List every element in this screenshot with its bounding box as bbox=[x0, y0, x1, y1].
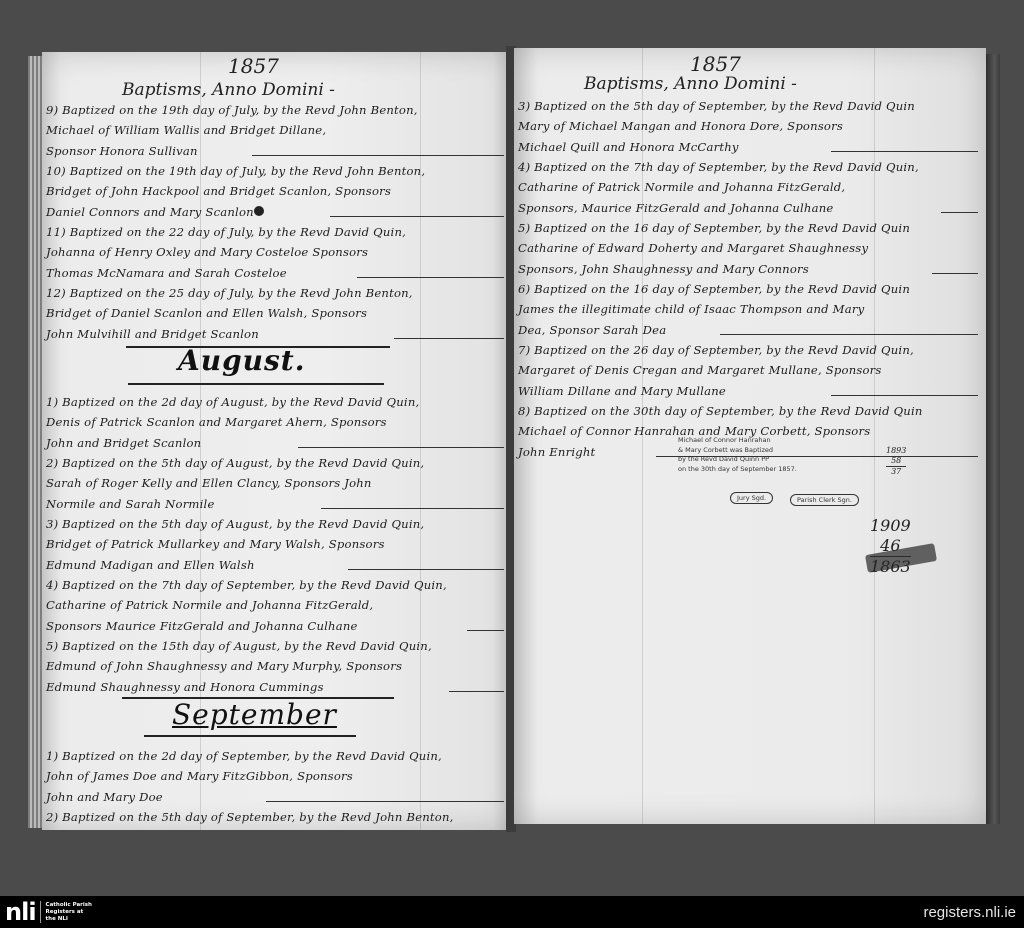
register-entry: 6) Baptized on the 16 day of September, … bbox=[518, 279, 978, 340]
nli-brand[interactable]: nli Catholic Parish Registers at the NLI bbox=[5, 900, 92, 924]
register-entry: 11) Baptized on the 22 day of July, by t… bbox=[46, 222, 504, 283]
page-year: 1857 bbox=[690, 52, 741, 76]
register-entry: 2) Baptized on the 5th day of August, by… bbox=[46, 453, 504, 514]
register-entry: 1) Baptized on the 2d day of September, … bbox=[46, 746, 504, 807]
register-entry: 3) Baptized on the 5th day of August, by… bbox=[46, 514, 504, 575]
page-heading: Baptisms, Anno Domini - bbox=[122, 80, 335, 100]
register-entry: 1) Baptized on the 2d day of August, by … bbox=[46, 392, 504, 453]
register-entry: 12) Baptized on the 25 day of July, by t… bbox=[46, 283, 504, 344]
register-book: 1857 Baptisms, Anno Domini - 9) Baptized… bbox=[28, 40, 1008, 840]
register-entry: 10) Baptized on the 19th day of July, by… bbox=[46, 161, 504, 222]
clerk-stamp: Jury Sgd. bbox=[730, 492, 773, 504]
register-entry: 4) Baptized on the 7th day of September,… bbox=[46, 575, 504, 636]
page-year: 1857 bbox=[228, 54, 279, 78]
register-entry: 2) Baptized on the 5th day of September,… bbox=[46, 807, 504, 830]
brand-text: Catholic Parish Registers at the NLI bbox=[46, 902, 92, 923]
register-entry: 3) Baptized on the 5th day of September,… bbox=[518, 96, 978, 157]
left-page: 1857 Baptisms, Anno Domini - 9) Baptized… bbox=[42, 52, 512, 830]
footer-bar: nli Catholic Parish Registers at the NLI… bbox=[0, 896, 1024, 928]
month-heading-september: September bbox=[172, 698, 337, 731]
page-heading: Baptisms, Anno Domini - bbox=[584, 74, 797, 94]
register-entry: 5) Baptized on the 16 day of September, … bbox=[518, 218, 978, 279]
book-cover-edge bbox=[986, 54, 1000, 824]
register-entry: 7) Baptized on the 26 day of September, … bbox=[518, 340, 978, 401]
right-page: 1857 Baptisms, Anno Domini - 3) Baptized… bbox=[514, 48, 986, 824]
margin-calculation: 1893 58 37 bbox=[886, 446, 906, 477]
register-entry: 4) Baptized on the 7th day of September,… bbox=[518, 157, 978, 218]
register-entry: 9) Baptized on the 19th day of July, by … bbox=[46, 100, 504, 161]
image-viewer[interactable]: 1857 Baptisms, Anno Domini - 9) Baptized… bbox=[0, 0, 1024, 896]
register-entry: 5) Baptized on the 15th day of August, b… bbox=[46, 636, 504, 697]
site-url-link[interactable]: registers.nli.ie bbox=[923, 904, 1016, 921]
clerk-stamp: Parish Clerk Sgn. bbox=[790, 494, 859, 506]
margin-calculation-large: 1909 46 1863 bbox=[870, 516, 911, 577]
brand-divider bbox=[40, 901, 41, 923]
margin-annotation: Michael of Connor Hanrahan & Mary Corbet… bbox=[678, 436, 797, 474]
month-heading-august: August. bbox=[178, 344, 305, 377]
nli-logo: nli bbox=[5, 900, 36, 924]
ink-blot bbox=[254, 206, 264, 216]
